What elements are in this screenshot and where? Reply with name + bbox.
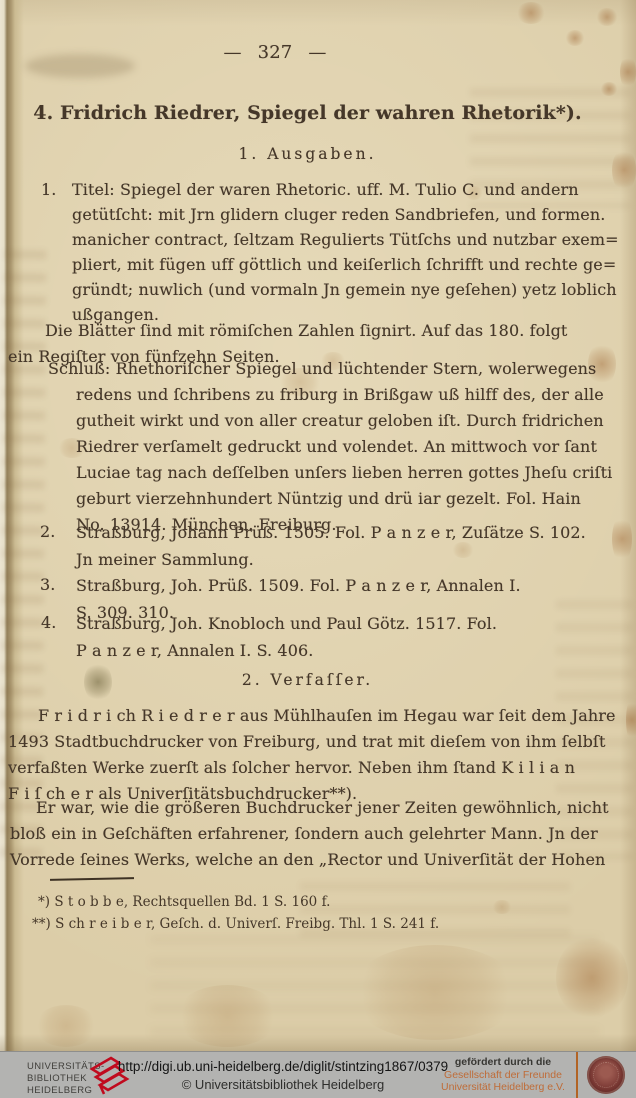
list-number-3: 3.	[40, 572, 55, 597]
list-item-4-text: Straßburg, Joh. Knobloch und Paul Götz. …	[76, 610, 497, 664]
footer-text-block: http://digi.ub.uni-heidelberg.de/diglit/…	[108, 1059, 458, 1092]
text-line: Straßburg, Joh. Knobloch und Paul Götz. …	[76, 610, 497, 637]
footnote-1-text: S t o b b e, Rechtsquellen Bd. 1 S. 160 …	[50, 894, 330, 910]
text-line: Jn meiner Sammlung.	[76, 546, 586, 573]
text-line: Luciae tag nach deſſelben unſers lieben …	[76, 460, 612, 486]
footnote-rule	[50, 877, 134, 881]
funding-credit: gefördert durch die Gesellschaft der Fre…	[436, 1056, 570, 1094]
footer-divider	[576, 1052, 578, 1098]
text-line: verfaßten Werke zuerſt als ſolcher hervo…	[8, 755, 616, 781]
text-line: manicher contract, ſeltzam Regulierts Tü…	[72, 227, 619, 252]
text-line: pliert, mit fügen uff göttlich und keiſe…	[72, 252, 619, 277]
list-number-1: 1.	[41, 177, 56, 202]
text-line: geburt vierzehnhundert Nüntzig und drü i…	[76, 486, 612, 512]
text-line: P a n z e r, Annalen I. S. 406.	[76, 637, 497, 664]
stain	[565, 30, 585, 46]
text-line: Straßburg, Johann Prüß. 1505. Fol. P a n…	[76, 519, 586, 546]
text-line: redens und ſchribens zu friburg in Brißg…	[76, 382, 612, 408]
funding-line2: Gesellschaft der Freunde	[436, 1069, 570, 1082]
page-bottom-edge-shadow	[0, 1034, 636, 1052]
text-line: Riedrer verſamelt gedruckt und volendet.…	[76, 434, 612, 460]
page-number: 327	[258, 42, 293, 63]
text-line: getütſcht: mit Jrn glidern cluger reden …	[72, 202, 619, 227]
text-line: F r i d r i ch R i e d r e r aus Mühlhau…	[8, 703, 616, 729]
footnote-2: **) S ch r e i b e r, Geſch. d. Univerſ.…	[32, 914, 439, 934]
digitized-book-page: —327— 4. Fridrich Riedrer, Spiegel der w…	[0, 0, 636, 1098]
text-line: Die Blätter ſind mit römiſchen Zahlen ſi…	[8, 318, 567, 344]
stain	[556, 935, 628, 1020]
scanned-page: —327— 4. Fridrich Riedrer, Spiegel der w…	[0, 0, 636, 1098]
footnote-2-text: S ch r e i b e r, Geſch. d. Univerſ. Fre…	[51, 916, 439, 932]
text-line: Vorrede ſeines Werks, welche an den „Rec…	[10, 847, 609, 873]
paragraph-er-war: Er war, wie die größeren Buchdrucker jen…	[10, 795, 609, 873]
stain	[492, 900, 512, 914]
list-number-2: 2.	[40, 519, 55, 544]
footnote-2-marker: **)	[32, 916, 51, 932]
chapter-title: 4. Fridrich Riedrer, Spiegel der wahren …	[20, 101, 595, 126]
paragraph-schluss: Schluß: Rhethoriſcher Spiegel und lüchte…	[48, 356, 612, 538]
copyright-line: © Universitätsbibliothek Heidelberg	[108, 1077, 458, 1092]
stain	[516, 2, 546, 24]
header-dash-right: —	[308, 42, 326, 63]
list-number-4: 4.	[41, 610, 56, 635]
verso-bleedthrough	[25, 54, 135, 78]
university-seal-icon	[587, 1056, 625, 1094]
funding-line3: Universität Heidelberg e.V.	[436, 1081, 570, 1094]
funding-line1: gefördert durch die	[436, 1056, 570, 1069]
footnote-1: *) S t o b b e, Rechtsquellen Bd. 1 S. 1…	[38, 892, 330, 912]
text-line: Er war, wie die größeren Buchdrucker jen…	[10, 795, 609, 821]
text-line: Titel: Spiegel der waren Rhetoric. uff. …	[72, 177, 619, 202]
verso-bleedthrough	[150, 935, 600, 1045]
document-url: http://digi.ub.uni-heidelberg.de/diglit/…	[108, 1059, 458, 1074]
text-line: bloß ein in Geſchäften erfahrener, ſonde…	[10, 821, 609, 847]
viewer-footer: UNIVERSITÄTS- BIBLIOTHEK HEIDELBERG http…	[0, 1051, 636, 1098]
stain	[600, 82, 618, 96]
header-dash-left: —	[224, 42, 242, 63]
list-item-1-text: Titel: Spiegel der waren Rhetoric. uff. …	[72, 177, 619, 328]
section-heading-ausgaben: 1. Ausgaben.	[20, 142, 595, 167]
paragraph-fridrich: F r i d r i ch R i e d r e r aus Mühlhau…	[8, 703, 616, 807]
text-line: 1493 Stadtbuchdrucker von Freiburg, und …	[8, 729, 616, 755]
page-number-row: —327—	[165, 40, 385, 65]
stain	[350, 945, 520, 1040]
list-item-2-text: Straßburg, Johann Prüß. 1505. Fol. P a n…	[76, 519, 586, 573]
text-line: gründt; nuwlich (und vormaln Jn gemein n…	[72, 277, 619, 302]
page-right-edge-shadow	[620, 0, 636, 1098]
text-line: Schluß: Rhethoriſcher Spiegel und lüchte…	[48, 356, 612, 382]
text-line: gutheit wirkt und von aller creatur gelo…	[76, 408, 612, 434]
stain	[596, 8, 618, 26]
text-line: Straßburg, Joh. Prüß. 1509. Fol. P a n z…	[76, 572, 521, 599]
footnote-1-marker: *)	[38, 894, 50, 910]
section-heading-verfasser: 2. Verfaſſer.	[20, 668, 595, 693]
